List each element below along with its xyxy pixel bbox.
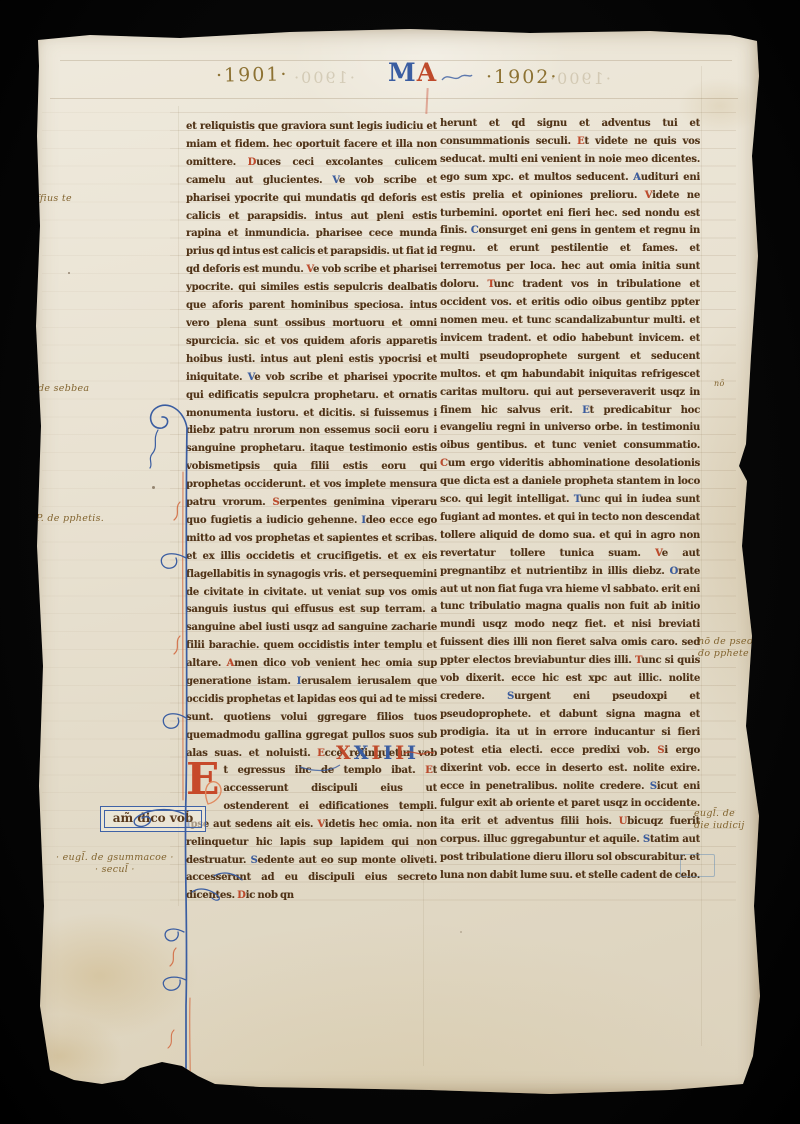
header-pen-squiggle: [440, 70, 474, 86]
gloss-right-note1: nō de pseo do pphete: [698, 636, 753, 660]
folio-number-left: ·1901·: [216, 63, 289, 86]
gloss-right-note2-line1: eugl̃. de: [694, 808, 745, 820]
text-column-right: herunt et qd signu et adventus tui et co…: [440, 115, 700, 885]
pen-flourish: [96, 386, 296, 1102]
show-through-number-right: ·1900·: [548, 69, 611, 88]
show-through-number-left: ·1900·: [292, 68, 355, 87]
gloss-left-mid2: P. de pphetis.: [36, 513, 104, 525]
foxing-speck: [570, 158, 572, 160]
gloss-right-note2-line2: die iudicij: [694, 820, 745, 832]
foxing-speck: [460, 931, 462, 933]
gloss-right-note1-line1: nō de pseo: [698, 636, 753, 648]
foxing-speck: [152, 486, 155, 489]
gloss-left-top: ffius te: [36, 193, 72, 205]
chapter-number-flourish-red: [402, 746, 436, 760]
chapter-number-flourish-blue: [298, 762, 342, 774]
gloss-left-mid1: de sebbea: [38, 383, 89, 395]
gutter-ink-smear: [425, 88, 428, 114]
gloss-right-note1-line2: do pphete: [698, 648, 753, 660]
gloss-right-note2: eugl̃. de die iudicij: [694, 808, 745, 832]
running-header-monogram: MA: [388, 58, 437, 87]
faint-blue-frame: [680, 854, 715, 877]
manuscript-leaf: ·1901· ·1900· MA ·1902· ·1900· et reliqu…: [30, 26, 766, 1100]
right-margin-crease: [701, 66, 702, 1046]
photograph-background: { "page": { "background_hex": "#060606",…: [0, 0, 800, 1124]
foxing-speck: [68, 272, 70, 274]
header-rule-bottom: [50, 98, 738, 99]
gloss-right-small: nō: [714, 378, 725, 390]
